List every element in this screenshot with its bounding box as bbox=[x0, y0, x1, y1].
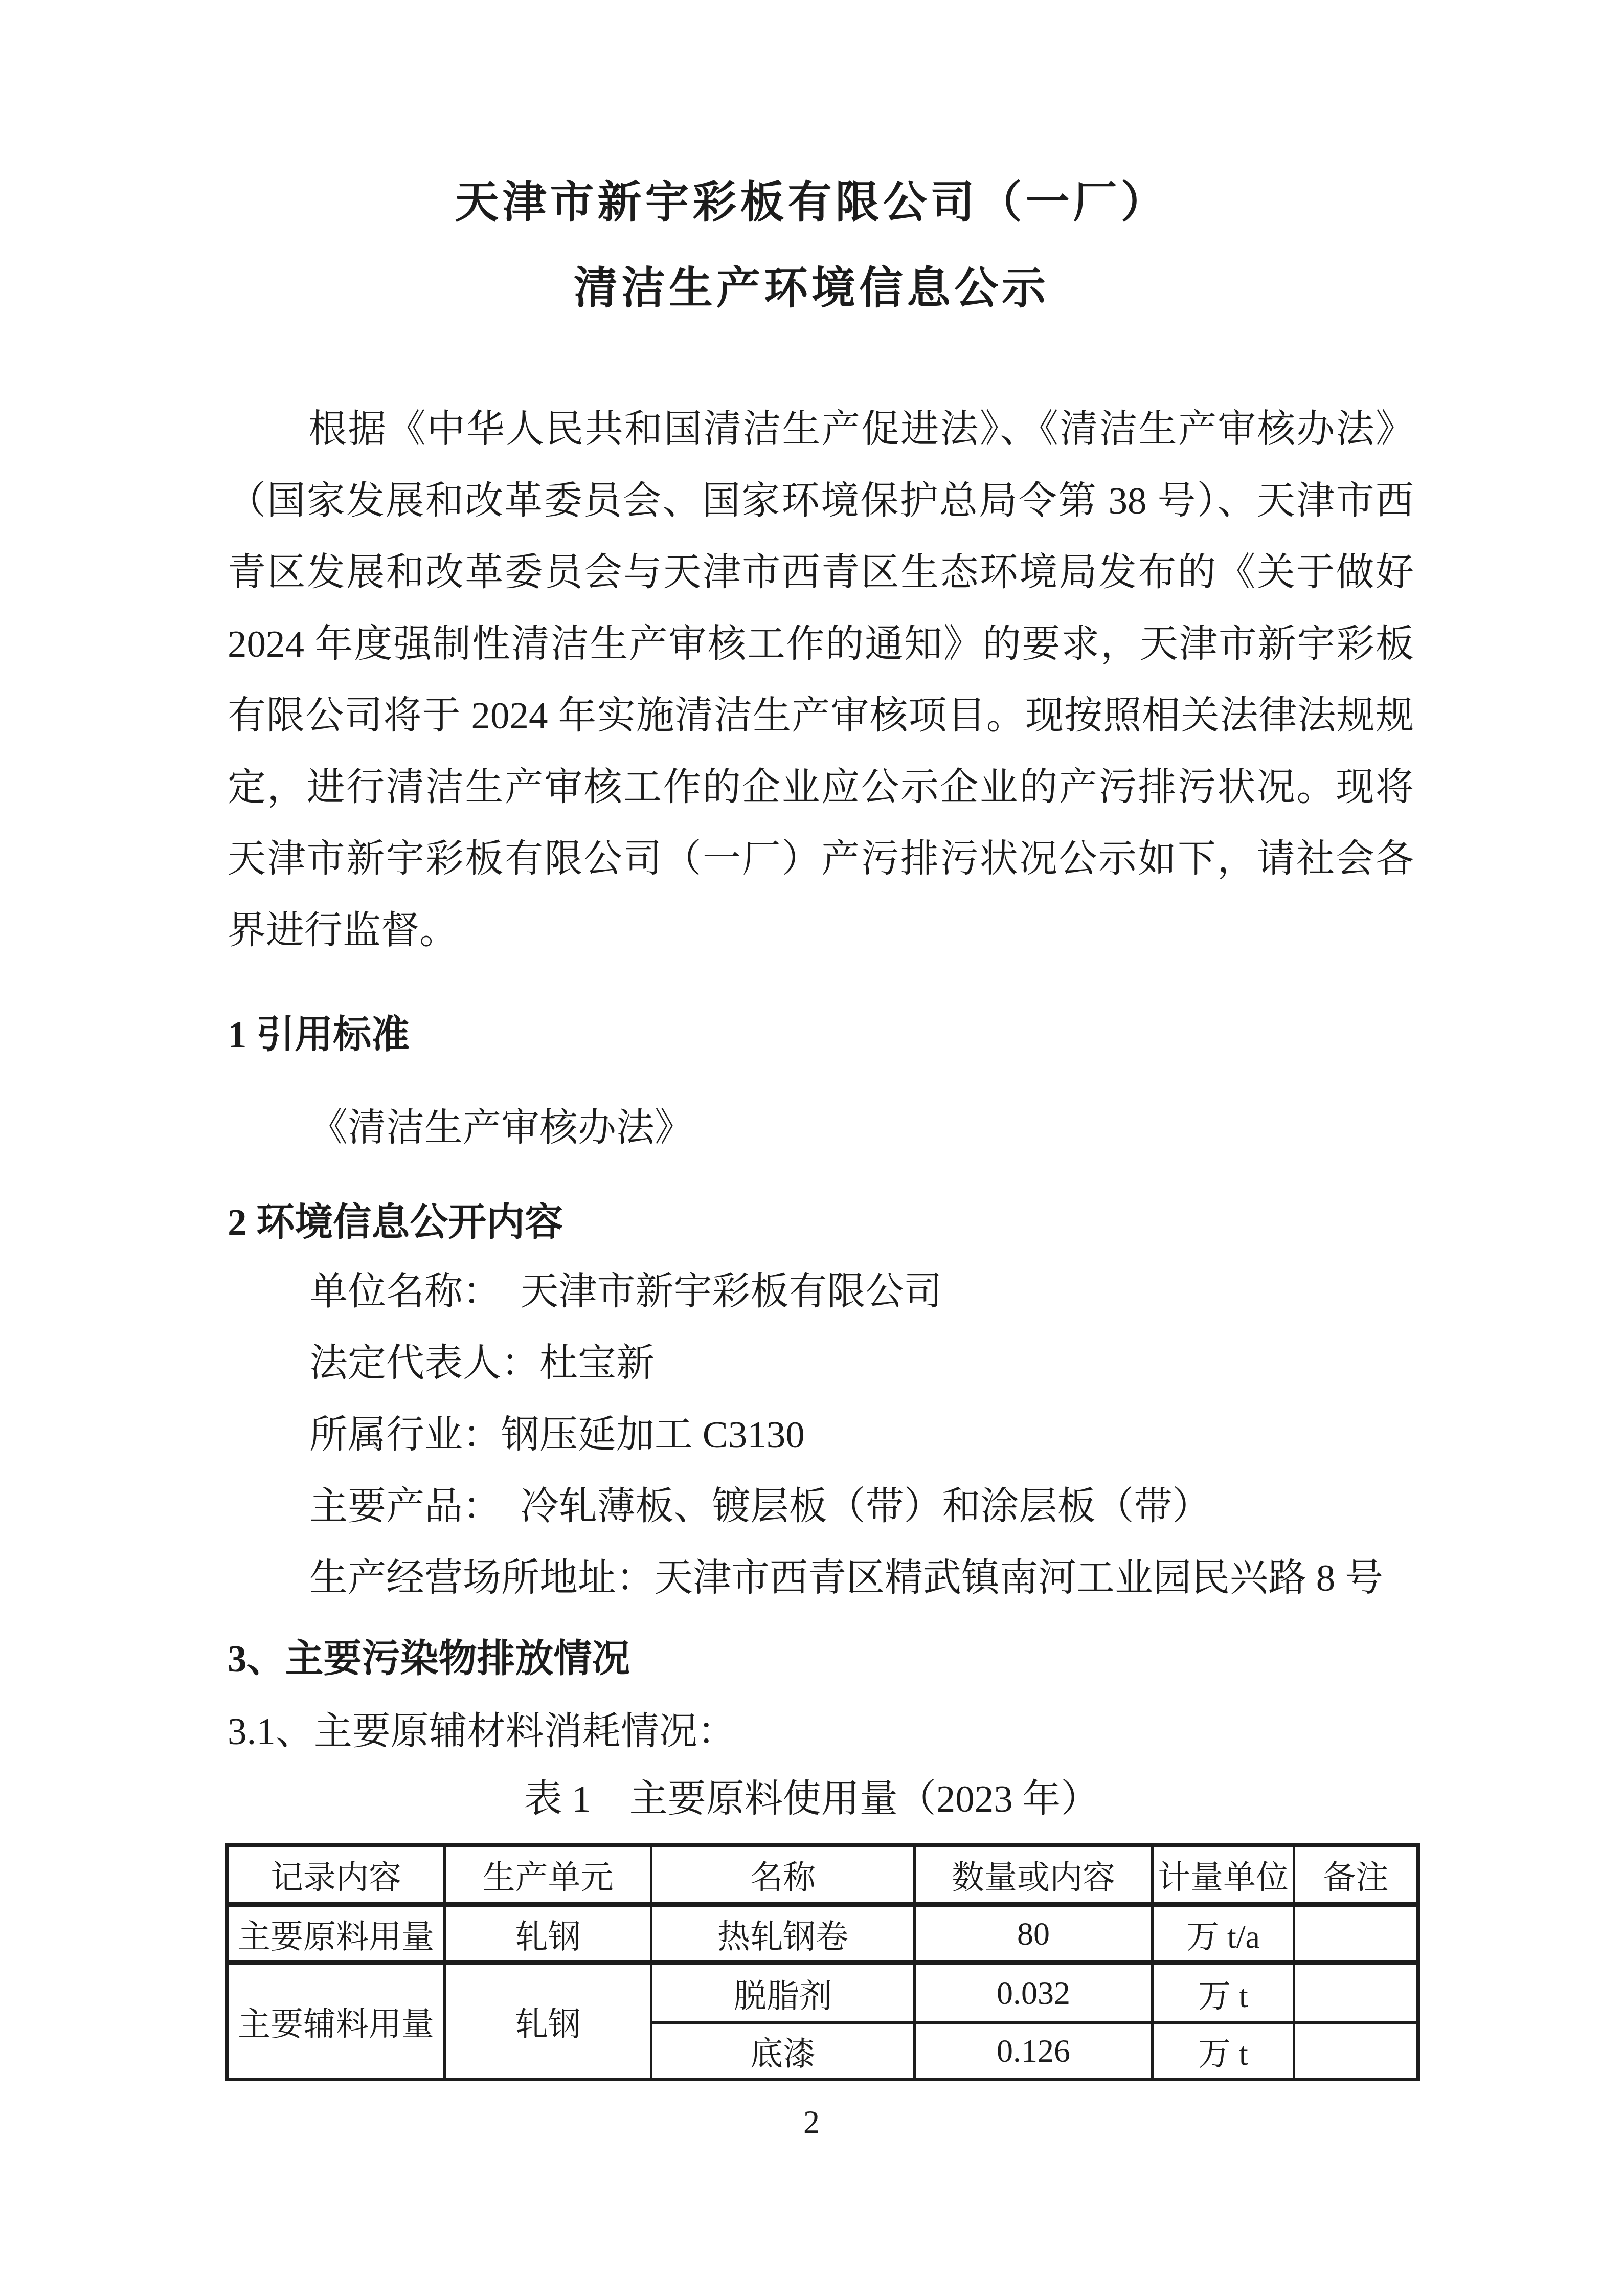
cell-production-unit: 轧钢 bbox=[445, 1905, 651, 1963]
detail-main-products: 主要产品： 冷轧薄板、镀层板（带）和涂层板（带） bbox=[228, 1478, 1496, 1535]
cell-measure-unit: 万 t bbox=[1153, 1963, 1294, 2023]
cell-remark bbox=[1294, 1963, 1418, 2023]
detail-industry: 所属行业：钢压延加工 C3130 bbox=[228, 1407, 1496, 1464]
cell-material-name: 脱脂剂 bbox=[651, 1963, 915, 2023]
table-row-auxiliary-material-1: 主要辅料用量 轧钢 脱脂剂 0.032 万 t bbox=[227, 1963, 1418, 2023]
cell-remark bbox=[1294, 1905, 1418, 1963]
section-2-heading: 2 环境信息公开内容 bbox=[228, 1194, 1414, 1252]
detail-address: 生产经营场所地址：天津市西青区精武镇南河工业园民兴路 8 号 bbox=[228, 1550, 1496, 1607]
cell-material-name: 底漆 bbox=[651, 2023, 915, 2080]
section-3-heading: 3、主要污染物排放情况 bbox=[228, 1631, 1414, 1688]
cell-measure-unit: 万 t bbox=[1153, 2023, 1294, 2080]
cell-quantity: 0.032 bbox=[915, 1963, 1153, 2023]
cell-measure-unit: 万 t/a bbox=[1153, 1905, 1294, 1963]
col-header-name: 名称 bbox=[651, 1845, 915, 1905]
table-header-row: 记录内容 生产单元 名称 数量或内容 计量单位 备注 bbox=[227, 1845, 1418, 1905]
col-header-production-unit: 生产单元 bbox=[445, 1845, 651, 1905]
col-header-remark: 备注 bbox=[1294, 1845, 1418, 1905]
cell-record-content: 主要辅料用量 bbox=[227, 1963, 445, 2080]
cell-record-content: 主要原料用量 bbox=[227, 1905, 445, 1963]
intro-paragraph: 根据《中华人民共和国清洁生产促进法》、《清洁生产审核办法》（国家发展和改革委员会… bbox=[228, 394, 1414, 967]
col-header-quantity: 数量或内容 bbox=[915, 1845, 1153, 1905]
materials-table: 记录内容 生产单元 名称 数量或内容 计量单位 备注 主要原料用量 轧钢 热轧钢… bbox=[225, 1843, 1420, 2081]
section-3-1-subheading: 3.1、主要原辅材料消耗情况： bbox=[228, 1703, 1414, 1760]
cell-remark bbox=[1294, 2023, 1418, 2080]
col-header-measure-unit: 计量单位 bbox=[1153, 1845, 1294, 1905]
cell-quantity: 0.126 bbox=[915, 2023, 1153, 2080]
cell-material-name: 热轧钢卷 bbox=[651, 1905, 915, 1963]
document-title-line-2: 清洁生产环境信息公示 bbox=[0, 260, 1623, 317]
cell-production-unit: 轧钢 bbox=[445, 1963, 651, 2080]
section-1-heading: 1 引用标准 bbox=[228, 1007, 1414, 1064]
section-1-reference: 《清洁生产审核办法》 bbox=[228, 1100, 1496, 1157]
document-page: 天津市新宇彩板有限公司（一厂） 清洁生产环境信息公示 根据《中华人民共和国清洁生… bbox=[0, 0, 1623, 2296]
col-header-record-content: 记录内容 bbox=[227, 1845, 445, 1905]
detail-legal-representative: 法定代表人：杜宝新 bbox=[228, 1335, 1496, 1392]
document-title-line-1: 天津市新宇彩板有限公司（一厂） bbox=[0, 174, 1623, 231]
cell-quantity: 80 bbox=[915, 1905, 1153, 1963]
table-caption: 表 1 主要原料使用量（2023 年） bbox=[0, 1771, 1623, 1828]
detail-company-name: 单位名称： 天津市新宇彩板有限公司 bbox=[228, 1263, 1496, 1321]
table-row-raw-material: 主要原料用量 轧钢 热轧钢卷 80 万 t/a bbox=[227, 1905, 1418, 1963]
page-number: 2 bbox=[0, 2103, 1623, 2141]
